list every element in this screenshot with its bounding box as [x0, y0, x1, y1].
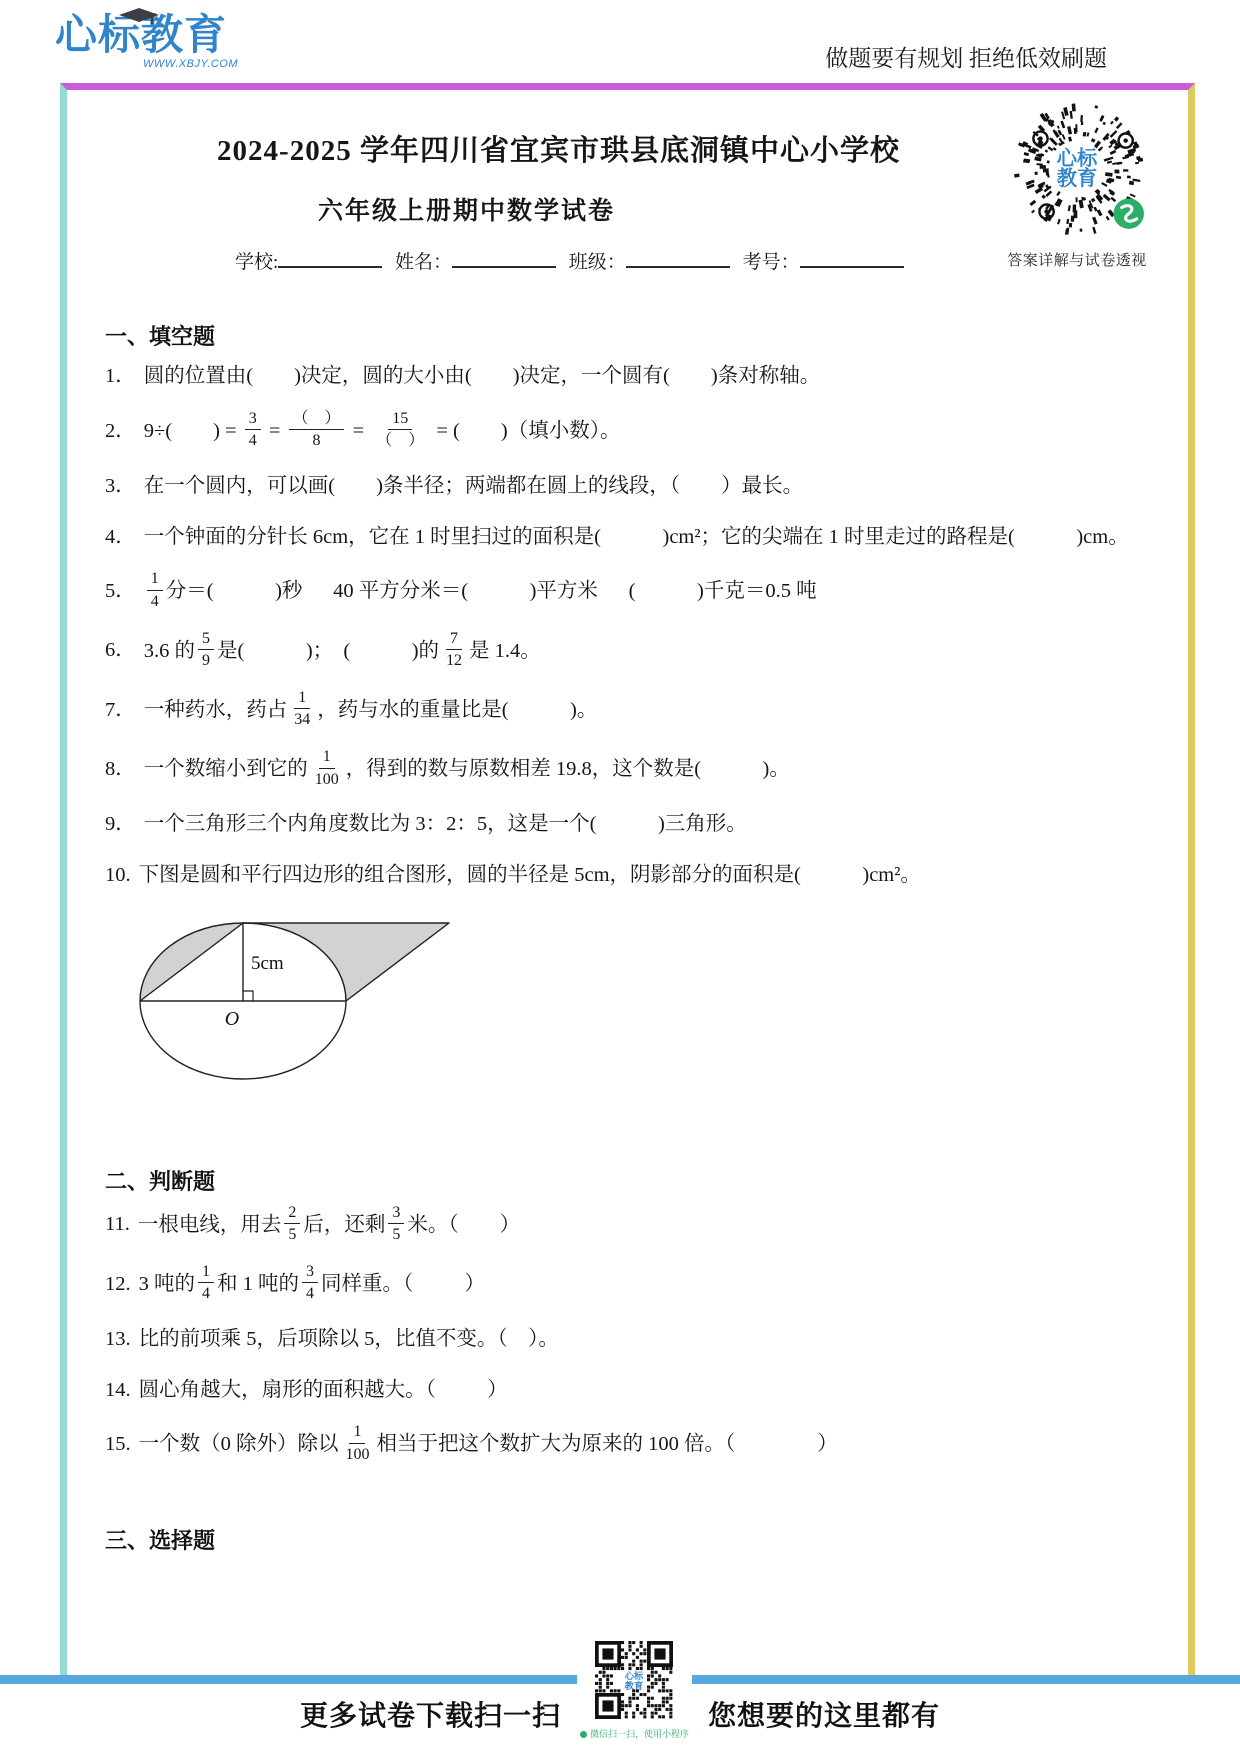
question-number: 5． [105, 580, 136, 602]
fraction: 14 [147, 570, 163, 610]
name-blank [452, 248, 556, 268]
question-text: 在一个圆内，可以画( )条半径；两端都在圆上的线段，（ ）最长。 [144, 475, 803, 497]
question-number: 14. [105, 1379, 131, 1401]
question-text: 一个数（0 除外）除以 [139, 1433, 339, 1455]
footer: 更多试卷下载扫一扫 心标教育 微信扫一扫，使用小程序 您想要的这里都有 [0, 1686, 1240, 1741]
center-label: O [225, 1008, 239, 1030]
wechat-dot-icon [580, 1731, 587, 1738]
question-number: 10. [105, 864, 131, 886]
download-qr-code: 心标教育 [595, 1641, 673, 1719]
fraction: 34 [245, 410, 261, 450]
answer-qr-code: 心标 教育 [1006, 98, 1148, 240]
question-text: 3 吨的 [139, 1273, 195, 1295]
question-number: 9． [105, 813, 136, 835]
question-text: 一种药水，药占 [144, 699, 288, 721]
download-qr-block: 心标教育 微信扫一扫，使用小程序 [577, 1640, 692, 1741]
question-text: 圆心角越大，扇形的面积越大。（ ） [139, 1379, 508, 1401]
question-text: = [347, 420, 369, 442]
question-number: 3． [105, 475, 136, 497]
fraction: 712 [442, 630, 466, 670]
question-text: 相当于把这个数扩大为原来的 100 倍。（ ） [376, 1433, 837, 1455]
paper-frame: 心标 教育 答案详解与试卷透视 2024-2025 学年四川省宜宾市珙县底洞镇中… [60, 83, 1195, 1675]
radius-label: 5cm [251, 953, 284, 974]
exam-subtitle: 六年级上册期中数学试卷 [105, 191, 1152, 227]
question-text: 是 1.4。 [469, 639, 541, 661]
question-text: 比的前项乘 5，后项除以 5，比值不变。（ ）。 [139, 1328, 559, 1350]
graduation-cap-icon [119, 7, 159, 31]
question-text: 后，还剩 [303, 1213, 385, 1235]
header-tagline: 做题要有规划 拒绝低效刷题 [825, 40, 1107, 73]
qr-logo-line1: 心标 [1057, 146, 1098, 170]
section-heading-judge: 二、判断题 [105, 1165, 1152, 1196]
field-label-school: 学校: [235, 252, 278, 273]
question-text: 一根电线，用去 [138, 1213, 282, 1235]
question-text: 同样重。（ ） [321, 1273, 485, 1295]
school-blank [278, 248, 382, 268]
question-item: 8．一个数缩小到它的1100，得到的数与原数相差 19.8，这个数是( )。 [105, 750, 1152, 790]
qr-logo-line2: 教育 [1057, 166, 1098, 190]
question-number: 2． [105, 420, 136, 442]
fraction: 1100 [311, 748, 343, 788]
fraction: （ ）8 [289, 410, 345, 450]
fraction: 34 [302, 1263, 318, 1303]
question-text: = ( )（填小数）。 [431, 420, 620, 442]
question-item: 2．9÷( ) = 34 = （ ）8 = 15（ ） = ( )（填小数）。 [105, 412, 1152, 452]
question-item: 3．在一个圆内，可以画( )条半径；两端都在圆上的线段，（ ）最长。 [105, 471, 1152, 503]
footer-left-text: 更多试卷下载扫一扫 [300, 1686, 561, 1734]
question-number: 12. [105, 1273, 131, 1295]
miniprogram-badge-icon [1114, 198, 1144, 228]
question-list-fill-blank: 1．圆的位置由( )决定，圆的大小由( )决定，一个圆有( )条对称轴。2．9÷… [105, 361, 1152, 892]
question-item: 4．一个钟面的分针长 6cm，它在 1 时里扫过的面积是( )cm²；它的尖端在… [105, 522, 1152, 554]
question-text: 下图是圆和平行四边形的组合图形，圆的半径是 5cm，阴影部分的面积是( )cm²… [139, 864, 921, 886]
question-text: ，得到的数与原数相差 19.8，这个数是( )。 [346, 758, 790, 780]
question-number: 1． [105, 365, 136, 387]
question-text: 3.6 的 [144, 639, 195, 661]
field-label-class: 班级： [569, 252, 626, 273]
question-text: = [264, 420, 286, 442]
right-angle-mark [243, 991, 253, 1001]
svg-text:教育: 教育 [624, 1680, 643, 1691]
class-blank [626, 248, 730, 268]
question-number: 7． [105, 699, 136, 721]
field-label-name: 姓名： [395, 252, 452, 273]
composite-figure: 5cm O [119, 911, 1152, 1107]
question-number: 11. [105, 1213, 130, 1235]
field-label-examno: 考号： [743, 252, 800, 273]
question-text: 分＝( )秒 40 平方分米＝( )平方米 ( )千克＝0.5 吨 [166, 580, 817, 602]
question-text: 是( )； ( )的 [217, 639, 439, 661]
download-qr-caption: 微信扫一扫，使用小程序 [580, 1727, 689, 1740]
examno-blank [800, 248, 904, 268]
fraction: 134 [290, 689, 314, 729]
question-item: 10.下图是圆和平行四边形的组合图形，圆的半径是 5cm，阴影部分的面积是( )… [105, 860, 1152, 892]
question-text: 一个钟面的分针长 6cm，它在 1 时里扫过的面积是( )cm²；它的尖端在 1… [144, 526, 1129, 548]
fraction: 14 [198, 1263, 214, 1303]
question-number: 13. [105, 1328, 131, 1350]
question-text: 9÷( ) = [144, 420, 242, 442]
question-item: 12.3 吨的14和 1 吨的34同样重。（ ） [105, 1265, 1152, 1305]
question-item: 5．14分＝( )秒 40 平方分米＝( )平方米 ( )千克＝0.5 吨 [105, 572, 1152, 612]
question-number: 8． [105, 758, 136, 780]
question-item: 13.比的前项乘 5，后项除以 5，比值不变。（ ）。 [105, 1324, 1152, 1356]
question-list-judge: 11.一根电线，用去25后，还剩35米。（ ）12.3 吨的14和 1 吨的34… [105, 1206, 1152, 1466]
question-item: 7．一种药水，药占134，药与水的重量比是( )。 [105, 691, 1152, 731]
fraction: 15（ ） [372, 410, 428, 450]
fraction: 59 [198, 630, 214, 670]
fraction: 1100 [342, 1423, 374, 1463]
question-text: ，药与水的重量比是( )。 [317, 699, 597, 721]
question-item: 1．圆的位置由( )决定，圆的大小由( )决定，一个圆有( )条对称轴。 [105, 361, 1152, 393]
exam-title: 2024-2025 学年四川省宜宾市珙县底洞镇中心小学校 [105, 128, 1152, 169]
brand-logo: 心标教育 WWW.XBJY.COM [55, 14, 227, 56]
question-item: 9．一个三角形三个内角度数比为 3：2：5，这是一个( )三角形。 [105, 809, 1152, 841]
answer-qr-caption: 答案详解与试卷透视 [1002, 249, 1152, 270]
question-text: 一个三角形三个内角度数比为 3：2：5，这是一个( )三角形。 [144, 813, 747, 835]
exam-paper-page: 心标教育 WWW.XBJY.COM 做题要有规划 拒绝低效刷题 [0, 0, 1240, 1754]
question-number: 6． [105, 639, 136, 661]
question-item: 11.一根电线，用去25后，还剩35米。（ ） [105, 1206, 1152, 1246]
fraction: 35 [388, 1204, 404, 1244]
answer-qr-block: 心标 教育 答案详解与试卷透视 [1002, 98, 1152, 270]
question-number: 4． [105, 526, 136, 548]
question-number: 15. [105, 1433, 131, 1455]
question-item: 14.圆心角越大，扇形的面积越大。（ ） [105, 1375, 1152, 1407]
question-item: 15.一个数（0 除外）除以1100相当于把这个数扩大为原来的 100 倍。（ … [105, 1425, 1152, 1465]
svg-text:心标: 心标 [625, 1670, 644, 1681]
brand-url: WWW.XBJY.COM [143, 59, 238, 70]
question-text: 圆的位置由( )决定，圆的大小由( )决定，一个圆有( )条对称轴。 [144, 365, 820, 387]
question-text: 和 1 吨的 [217, 1273, 299, 1295]
fraction: 25 [284, 1204, 300, 1244]
question-text: 一个数缩小到它的 [144, 758, 308, 780]
section-heading-choice: 三、选择题 [105, 1524, 1152, 1555]
question-text: 米。（ ） [407, 1213, 520, 1235]
section-heading-fill-blank: 一、填空题 [105, 320, 1152, 351]
footer-right-text: 您想要的这里都有 [708, 1686, 940, 1734]
question-item: 6．3.6 的59是( )； ( )的712是 1.4。 [105, 632, 1152, 672]
